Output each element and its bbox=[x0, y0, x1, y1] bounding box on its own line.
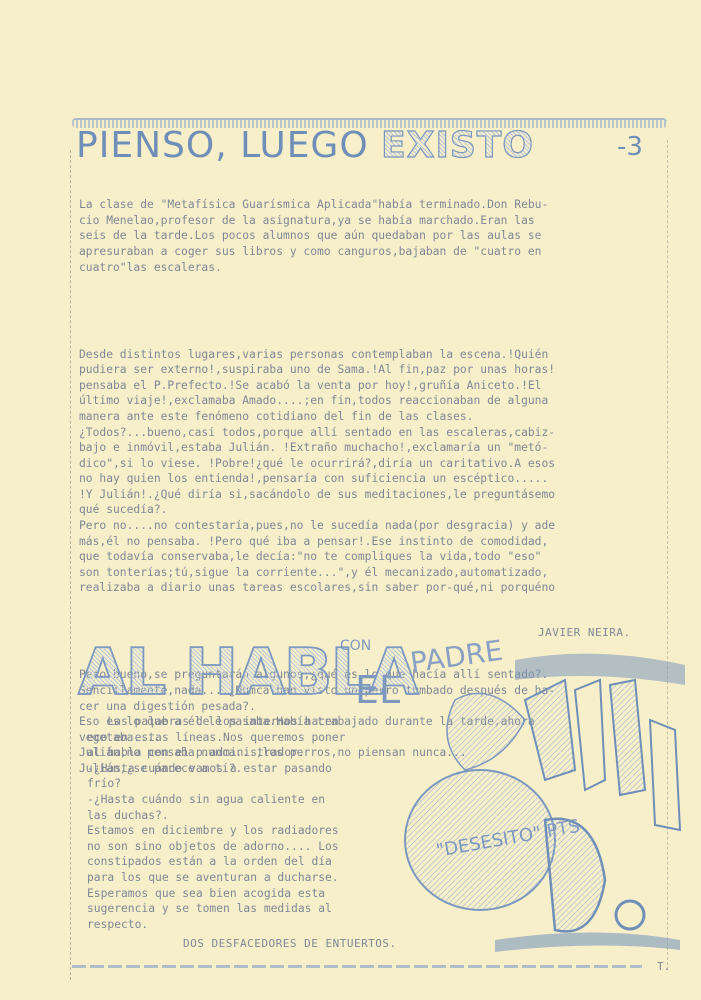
newsletter-page: PIENSO, LUEGO EXISTO -3 La clase de "Met… bbox=[0, 0, 701, 1000]
headline-el: EL bbox=[355, 668, 400, 712]
second-article-body: Las palabras de los internos hacen eco e… bbox=[87, 714, 397, 932]
title-part-1: PIENSO, LUEGO bbox=[76, 125, 381, 166]
article-paragraph: Desde distintos lugares,varias personas … bbox=[79, 347, 669, 597]
left-border-rule bbox=[70, 150, 71, 980]
article-author: JAVIER NEIRA. bbox=[538, 626, 631, 639]
administrador-illustration: "DESESITO" PTS bbox=[395, 640, 685, 970]
artist-initial: T. bbox=[657, 960, 670, 973]
article-title: PIENSO, LUEGO EXISTO bbox=[76, 126, 534, 166]
page-number: -3 bbox=[617, 132, 643, 162]
headline-con: CON bbox=[340, 638, 371, 654]
second-article-signoff: DOS DESFACEDORES DE ENTUERTOS. bbox=[183, 937, 397, 950]
article-paragraph: La clase de "Metafísica Guarísmica Aplic… bbox=[79, 197, 669, 275]
title-part-2: EXISTO bbox=[381, 125, 534, 166]
